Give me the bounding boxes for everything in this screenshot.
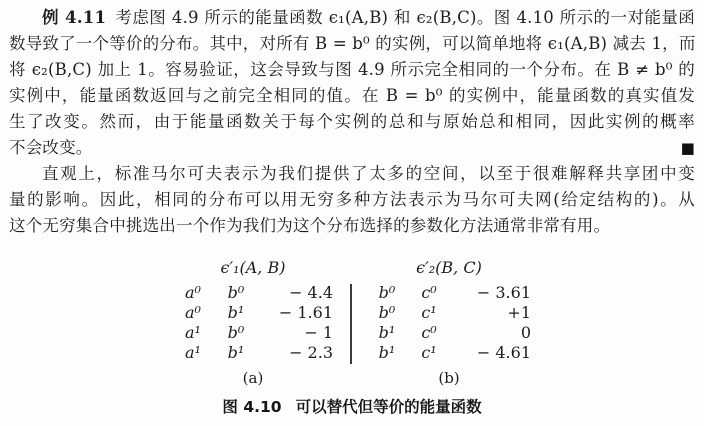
energy-tables: ϵ′₁(A, B) a⁰ b⁰ − 4.4 a⁰ b¹ − 1.61 a¹ b⁰…	[0, 256, 704, 388]
text-line: 这个无穷集合中挑选出一个作为我们为这个分布选择的参数化方法通常非常有用。	[9, 213, 695, 239]
table-cell: − 1	[259, 323, 333, 343]
table-cell: − 3.61	[451, 283, 531, 303]
text-line: 量的影响。因此，相同的分布可以用无穷多种方法表示为马尔可夫网(给定结构的)。从	[9, 187, 695, 213]
table-cell: b⁰	[213, 283, 259, 303]
table-cell: c¹	[407, 303, 451, 323]
figure-caption: 图 4.10可以替代但等价的能量函数	[0, 395, 704, 417]
table-cell: b¹	[213, 343, 259, 363]
caption-label: 图 4.10	[222, 398, 281, 416]
energy-table-a: ϵ′₁(A, B) a⁰ b⁰ − 4.4 a⁰ b¹ − 1.61 a¹ b⁰…	[173, 256, 333, 388]
document-page: 例 4.11考虑图 4.9 所示的能量函数 ϵ₁(A,B) 和 ϵ₂(B,C)。…	[0, 0, 704, 426]
table-a-grid: a⁰ b⁰ − 4.4 a⁰ b¹ − 1.61 a¹ b⁰ − 1 a¹ b¹…	[173, 283, 333, 363]
text-line: ■ 不会改变。	[9, 135, 695, 161]
text-line: 直观上，标准马尔可夫表示为我们提供了太多的空间，以至于很难解释共享团中变	[9, 161, 695, 187]
table-cell: b⁰	[213, 323, 259, 343]
table-cell: c⁰	[407, 283, 451, 303]
table-cell: b¹	[367, 343, 407, 363]
table-cell: − 2.3	[259, 343, 333, 363]
text-line: 数导致了一个等价的分布。其中，对所有 B = b⁰ 的实例，可以简单地将 ϵ₁(…	[9, 31, 695, 57]
example-label: 例 4.11	[42, 8, 106, 27]
table-cell: − 4.4	[259, 283, 333, 303]
table-cell: a¹	[173, 343, 213, 363]
text-line: 生了改变。然而，由于能量函数关于每个实例的总和与原始总和相同，因此实例的概率	[9, 109, 695, 135]
body-paragraph: 直观上，标准马尔可夫表示为我们提供了太多的空间，以至于很难解释共享团中变 量的影…	[0, 161, 704, 239]
text-run: 考虑图 4.9 所示的能量函数 ϵ₁(A,B) 和 ϵ₂(B,C)。图 4.10…	[115, 8, 695, 27]
table-cell: a⁰	[173, 283, 213, 303]
end-of-example-icon: ■	[681, 135, 695, 161]
text-line: 实例中，能量函数返回与之前完全相同的值。在 B = b⁰ 的实例中，能量函数的真…	[9, 83, 695, 109]
table-cell: b⁰	[367, 303, 407, 323]
table-divider	[350, 284, 352, 364]
table-cell: 0	[451, 323, 531, 343]
text-line: 例 4.11考虑图 4.9 所示的能量函数 ϵ₁(A,B) 和 ϵ₂(B,C)。…	[9, 5, 695, 31]
table-cell: c⁰	[407, 323, 451, 343]
table-b-label: (b)	[367, 368, 531, 388]
caption-text: 可以替代但等价的能量函数	[296, 398, 482, 416]
table-cell: a¹	[173, 323, 213, 343]
table-b-grid: b⁰ c⁰ − 3.61 b⁰ c¹ +1 b¹ c⁰ 0 b¹ c¹ − 4.…	[367, 283, 531, 363]
table-cell: b⁰	[367, 283, 407, 303]
table-b-header: ϵ′₂(B, C)	[367, 256, 531, 283]
table-a-header: ϵ′₁(A, B)	[173, 256, 333, 283]
figure-4-10: ϵ′₁(A, B) a⁰ b⁰ − 4.4 a⁰ b¹ − 1.61 a¹ b⁰…	[0, 256, 704, 417]
text-run: 不会改变。	[9, 138, 93, 157]
table-cell: b¹	[367, 323, 407, 343]
example-paragraph: 例 4.11考虑图 4.9 所示的能量函数 ϵ₁(A,B) 和 ϵ₂(B,C)。…	[0, 0, 704, 161]
table-a-label: (a)	[173, 368, 333, 388]
table-cell: − 4.61	[451, 343, 531, 363]
energy-table-b: ϵ′₂(B, C) b⁰ c⁰ − 3.61 b⁰ c¹ +1 b¹ c⁰ 0 …	[367, 256, 531, 388]
text-line: 将 ϵ₂(B,C) 加上 1。容易验证，这会导致与图 4.9 所示完全相同的一个…	[9, 57, 695, 83]
table-cell: a⁰	[173, 303, 213, 323]
table-cell: − 1.61	[259, 303, 333, 323]
table-cell: b¹	[213, 303, 259, 323]
table-cell: c¹	[407, 343, 451, 363]
table-cell: +1	[451, 303, 531, 323]
